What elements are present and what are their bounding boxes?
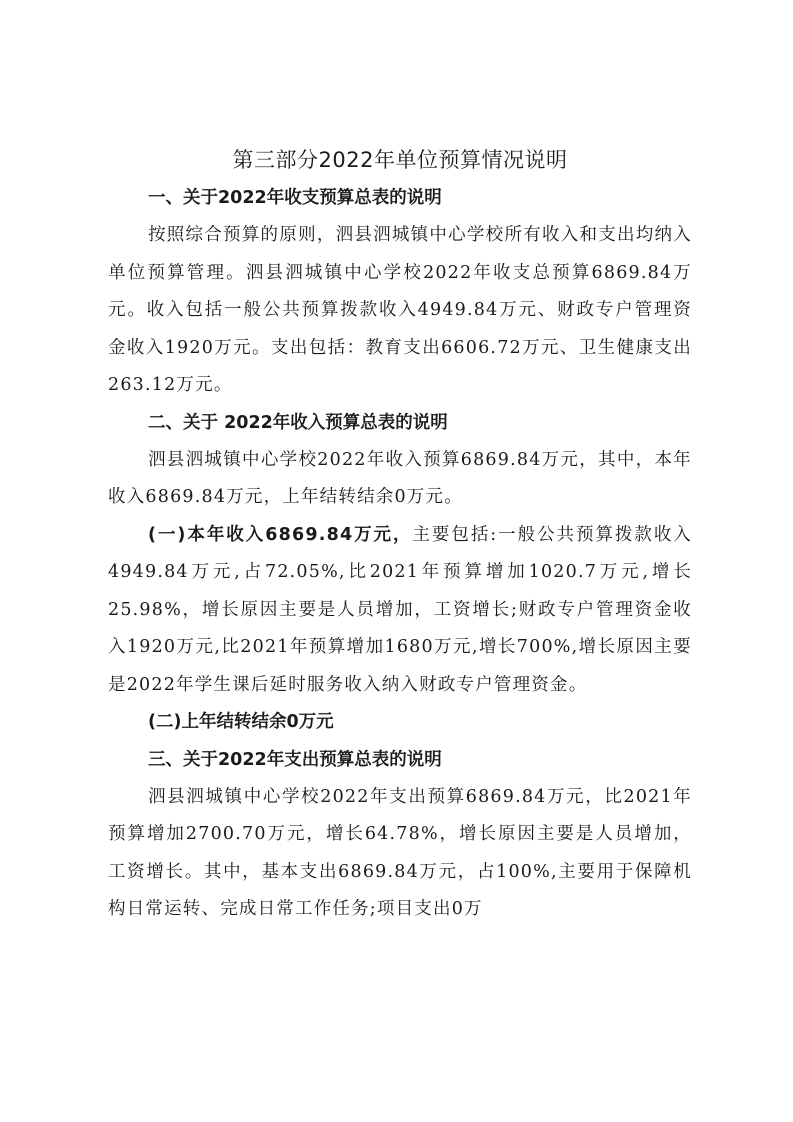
section-heading-3: 三、关于2022年支出预算总表的说明 <box>108 742 692 779</box>
subsection-lead-bold: (一)本年收入6869.84万元， <box>148 525 412 545</box>
section-heading-2: 二、关于 2022年收入预算总表的说明 <box>108 405 692 442</box>
subsection-current-year-income: (一)本年收入6869.84万元，主要包括:一般公共预算拨款收入4949.84万… <box>108 517 692 705</box>
section-3-paragraph: 泗县泗城镇中心学校2022年支出预算6869.84万元，比2021年预算增加27… <box>108 779 692 929</box>
document-page: 第三部分2022年单位预算情况说明 一、关于2022年收支预算总表的说明 按照综… <box>108 140 692 929</box>
subsection-text: 主要包括:一般公共预算拨款收入4949.84万元,占72.05%,比2021年预… <box>108 525 692 695</box>
subsection-heading-carryover: (二)上年结转结余0万元 <box>108 704 692 742</box>
section-heading-1: 一、关于2022年收支预算总表的说明 <box>108 180 692 217</box>
page-title: 第三部分2022年单位预算情况说明 <box>108 140 692 180</box>
section-2-paragraph: 泗县泗城镇中心学校2022年收入预算6869.84万元，其中，本年收入6869.… <box>108 442 692 517</box>
section-1-paragraph: 按照综合预算的原则，泗县泗城镇中心学校所有收入和支出均纳入单位预算管理。泗县泗城… <box>108 217 692 405</box>
